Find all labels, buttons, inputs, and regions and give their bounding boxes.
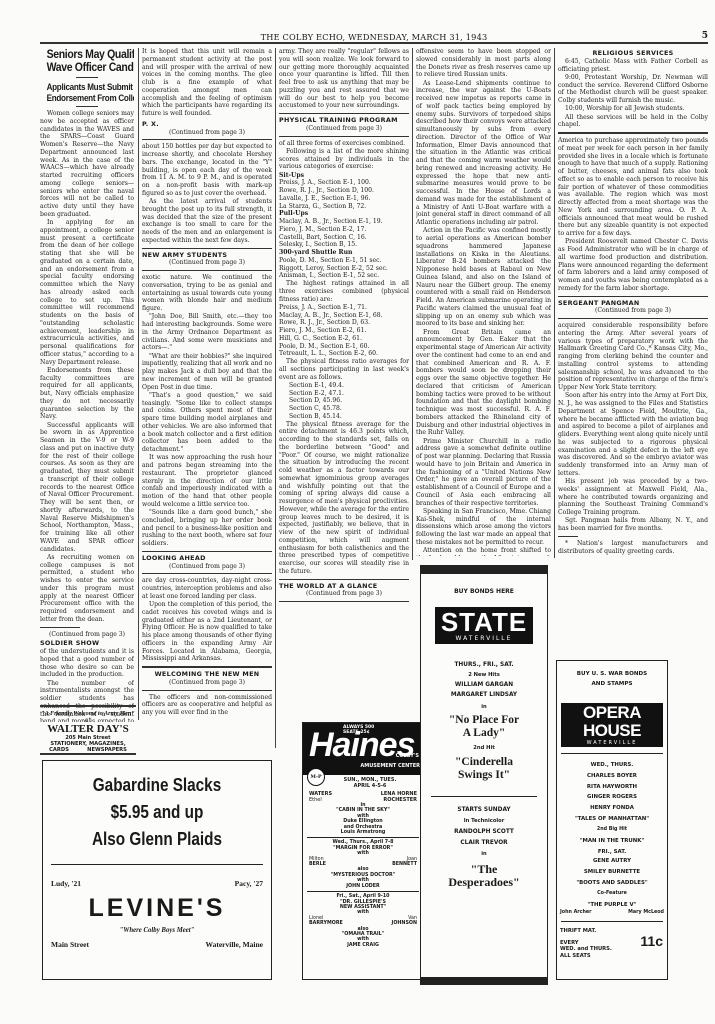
ad-slogan: "Where Colby Boys Meet" — [43, 927, 271, 934]
article-paragraph: As the latest arrival of students brough… — [142, 198, 272, 245]
ad-text: in — [421, 849, 547, 860]
continued-label: (Continued from page 3) — [40, 631, 134, 639]
ad-headline: Gabardine Slacks — [60, 775, 254, 796]
service-item: 6:45, Catholic Mass with Father Corbell … — [558, 58, 708, 74]
column-1: Seniors May Qualify As Wave Officer Cand… — [40, 48, 134, 722]
film-title: Desperadoes" — [421, 876, 547, 889]
article-paragraph: "That's a good question," we said teasin… — [142, 392, 272, 454]
article-paragraph: America to purchase approximately two po… — [558, 137, 708, 238]
theatre-marquee: STATE WATERVILLE — [435, 607, 533, 644]
film-title: Swings It" — [421, 769, 547, 782]
ad-store-name: LEVINE'S — [43, 894, 271, 923]
continued-label: (Continued from page 3) — [142, 563, 272, 571]
category-label: Pull-Ups — [279, 210, 409, 218]
score-line: Hill, G. C., Section E-2, 61. — [279, 335, 409, 343]
article-paragraph: The physical fitness ratio averages for … — [279, 358, 409, 381]
score-line: Selesky, I., Section B, 15. — [279, 241, 409, 249]
ad-line: CARDS — [49, 747, 69, 753]
ad-text: AND STAMPS — [557, 679, 667, 689]
ad-proprietor: Ludy, '21 — [51, 879, 81, 888]
star-name: CLAIR TREVOR — [421, 838, 547, 849]
column-3: army. They are really "regular" fellows … — [279, 48, 409, 603]
ad-tagline: "A Friendly Welcome to Army Men" — [40, 710, 136, 717]
theatre-name: STATE — [435, 609, 533, 635]
film-title: "Cinderella — [421, 756, 547, 769]
article-paragraph: "John Doe, Bill Smith, etc.—they too had… — [142, 313, 272, 352]
article-paragraph: exotic nature. We continued the conversa… — [142, 274, 272, 313]
star-name: RITA HAYWORTH — [557, 782, 667, 793]
section-kicker: WELCOMING THE NEW MEN — [142, 671, 272, 679]
article-paragraph: of all three forms of exercises combined… — [279, 140, 409, 148]
cast-name: JOHN LODER — [303, 884, 423, 889]
continued-label: (Continued from page 3) — [142, 259, 272, 267]
article-paragraph: Soon after his entry into the Army at Fo… — [558, 392, 708, 477]
section-kicker: LOOKING AHEAD — [142, 555, 272, 563]
continued-label: (Continued from page 3) — [558, 307, 708, 315]
article-paragraph: acquired considerable responsibility bef… — [558, 322, 708, 392]
film-title: "TALES OF MANHATTAN" — [557, 814, 667, 825]
film-title: "MAN IN THE TRUNK" — [557, 836, 667, 847]
article-paragraph: It is hoped that this unit will remain a… — [142, 48, 272, 118]
section-average: Section E-2, 47.1. — [279, 390, 409, 398]
star-name: ROCHESTER — [381, 798, 417, 804]
mp-logo-icon: M-P — [307, 768, 325, 786]
ad-text: 2 New Hits — [421, 670, 547, 680]
column-rule — [275, 48, 276, 748]
article-paragraph: "What are their hobbies?" she inquired i… — [142, 353, 272, 392]
showing-dates: THURS., FRI., SAT. — [421, 660, 547, 670]
score-line: Maclay, A. B., Jr., Section E-1, 68. — [279, 312, 409, 320]
article-paragraph: Women college seniors may now be accepte… — [40, 110, 134, 219]
section-average: Section E-1, 49.4. — [279, 382, 409, 390]
ad-address: Main Street — [51, 940, 89, 949]
newspaper-page: THE COLBY ECHO, WEDNESDAY, MARCH 31, 194… — [0, 0, 715, 1024]
star-name: GINGER ROGERS — [557, 792, 667, 803]
score-line: Tetreault, L. L., Section E-2, 60. — [279, 350, 409, 358]
article-paragraph: are day cross-countries, day-night cross… — [142, 577, 272, 600]
category-label: 300-yard Shuttle Run — [279, 249, 409, 257]
cast-name: JOHNSON — [392, 921, 417, 926]
article-paragraph: Sgt. Pangman hails from Albany, N. Y., a… — [558, 517, 708, 533]
article-paragraph: Endorsements from these faculty committe… — [40, 367, 134, 421]
article-paragraph: Following is a list of the more shining … — [279, 148, 409, 171]
score-line: Poole, D. M., Section E-1, 60. — [279, 343, 409, 351]
film-title: "THE PURPLE V" — [557, 900, 667, 911]
article-paragraph: The physical fitness average for the ent… — [279, 421, 409, 576]
column-rule — [412, 48, 413, 560]
section-kicker: RELIGIOUS SERVICES — [558, 50, 708, 58]
continued-label: (Continued from page 3) — [279, 125, 409, 133]
article-paragraph: Successful applicants will be sworn in a… — [40, 422, 134, 554]
article-paragraph: President Roosevelt named Chester C. Dav… — [558, 238, 708, 292]
star-name: WILLIAM GARGAN — [421, 680, 547, 690]
ad-text: BUY U. S. WAR BONDS — [557, 669, 667, 679]
levines-ad: Gabardine Slacks $5.95 and up Also Glenn… — [42, 760, 272, 980]
score-line: Preiss, J. A., Section E-1, 100. — [279, 179, 409, 187]
star-name: MARGARET LINDSAY — [421, 690, 547, 700]
continued-label: (Continued from page 3) — [142, 129, 272, 137]
column-5: RELIGIOUS SERVICES 6:45, Catholic Mass w… — [558, 48, 708, 608]
ticket-price: 11c — [640, 938, 663, 945]
score-line: Lavalle, J. E., Section E-1, 96. — [279, 195, 409, 203]
score-line: La Starza, G., Section B, 72. — [279, 203, 409, 211]
article-paragraph: As Lease-Lend shipments continue to incr… — [416, 80, 551, 227]
theatre-name: OPERA HOUSE — [561, 704, 663, 740]
ad-proprietor: Pacy, '27 — [235, 879, 263, 888]
score-line: Riggott, Leroy, Section E-2, 52 sec. — [279, 265, 409, 273]
score-line: Anisman, I., Section E-1, 52 sec. — [279, 272, 409, 280]
service-item: 9:00, Protestant Worship, Dr. Newman wil… — [558, 74, 708, 105]
section-kicker: P. X. — [142, 121, 272, 129]
score-line: Preiss, J. A., Section E-1, 71. — [279, 304, 409, 312]
section-average: Section C, 45.78. — [279, 405, 409, 413]
score-line: Rowe, R. J., Jr., Section D, 63. — [279, 319, 409, 327]
haines-banner: ALWAYS 500 SEATS 25¢ Haines COLBY'S AMUS… — [303, 723, 423, 775]
score-line: Castelli, Bart, Section C, 16. — [279, 234, 409, 242]
state-theatre-ad: BUY BONDS HERE STATE WATERVILLE THURS., … — [420, 565, 548, 985]
walter-days-ad: "A Friendly Welcome to Army Men" at WALT… — [40, 705, 136, 755]
article-paragraph: Prime Minister Churchill in a radio addr… — [416, 438, 551, 508]
article-paragraph: about 150 bottles per day but expected t… — [142, 143, 272, 197]
ad-price: $5.95 and up — [60, 802, 254, 823]
continued-label: (Continued from page 3) — [279, 590, 409, 598]
star-name: HENRY FONDA — [557, 803, 667, 814]
section-average: Section B, 45.14. — [279, 413, 409, 421]
article-paragraph: As recruiting women on college campuses … — [40, 554, 134, 624]
cast-name: Louis Armstrong — [303, 830, 423, 835]
opera-house-ad: BUY U. S. WAR BONDS AND STAMPS OPERA HOU… — [556, 660, 668, 980]
film-title: A Lady" — [421, 727, 547, 740]
service-item: 10:00, Worship for all Jewish students. — [558, 105, 708, 113]
subhead-line-1: Applicants Must Submit — [47, 81, 128, 92]
article-paragraph: It was now approaching the rush hour and… — [142, 454, 272, 508]
section-kicker: SOLDIER SHOW — [40, 640, 134, 648]
column-rule — [554, 48, 555, 558]
ad-address: Waterville, Maine — [206, 940, 263, 949]
masthead-title: THE COLBY ECHO, WEDNESDAY, MARCH 31, 194… — [40, 32, 708, 42]
column-rule — [138, 48, 139, 720]
showing-dates: FRI., SAT. — [557, 849, 667, 856]
section-kicker: NEW ARMY STUDENTS — [142, 252, 272, 260]
column-4: offensive seem to have been stopped or s… — [416, 48, 551, 556]
article-paragraph: The highest ratings attained in all thre… — [279, 280, 409, 303]
subhead-line-2: Endorsement From College — [47, 92, 128, 103]
showing-dates: STARTS SUNDAY — [421, 805, 547, 816]
article-paragraph: Speaking in San Francisco, Mme. Chiang K… — [416, 508, 551, 547]
ad-text: ALL SEATS — [560, 953, 664, 960]
footnote: * Nation's largest manufacturers and dis… — [558, 540, 708, 556]
star-name: SMILEY BURNETTE — [557, 867, 667, 878]
film-title: "No Place For — [421, 714, 547, 727]
article-paragraph: His present job was preceded by a two-we… — [558, 478, 708, 517]
article-paragraph: From Great Britain came an announcement … — [416, 329, 551, 438]
ad-text: In Technicolor — [421, 816, 547, 827]
ad-text: in — [421, 702, 547, 712]
article-paragraph: Action in the Pacific was confined mostl… — [416, 227, 551, 328]
article-paragraph: army. They are really "regular" fellows … — [279, 48, 409, 110]
page-number: 5 — [702, 31, 708, 41]
score-line: Poole, D. M., Section E-1, 51 sec. — [279, 257, 409, 265]
cast-name: BERLE — [309, 862, 326, 867]
column-2: It is hoped that this unit will remain a… — [142, 48, 272, 750]
cast-name: BENNETT — [392, 862, 417, 867]
section-kicker: SERGEANT PANGMAN — [558, 300, 708, 308]
ad-headline: Also Glenn Plaids — [60, 829, 254, 850]
ad-border-pattern — [421, 566, 547, 574]
section-kicker: PHYSICAL TRAINING PROGRAM — [279, 117, 409, 125]
star-name: GENE AUTRY — [557, 856, 667, 867]
category-label: Sit-Ups — [279, 172, 409, 180]
section-average: Section D, 45.96. — [279, 397, 409, 405]
ad-text: BUY BONDS HERE — [421, 588, 547, 595]
score-line: Rowe, R. J., Jr., Section D, 100. — [279, 187, 409, 195]
cast-name: John Archer — [560, 910, 592, 915]
ad-store-name: WALTER DAY'S — [40, 724, 136, 735]
article-paragraph: Upon the completion of this period, the … — [142, 601, 272, 663]
film-title: "BOOTS AND SADDLES" — [557, 878, 667, 889]
haines-theatre-ad: ALWAYS 500 SEATS 25¢ Haines COLBY'S AMUS… — [302, 722, 424, 980]
article-paragraph: Attention on the home front shifted to t… — [416, 547, 551, 556]
service-item: All these services will be held in the C… — [558, 114, 708, 130]
theatre-marquee: OPERA HOUSE WATERVILLE — [561, 703, 663, 747]
star-name: RANDOLPH SCOTT — [421, 827, 547, 838]
ad-text: 2nd Hit — [421, 745, 547, 751]
star-name: Ethel — [309, 798, 332, 804]
article-paragraph: In applying for an appointment, a colleg… — [40, 219, 134, 366]
score-line: Maclay, A. B., Jr., Section E-1, 19. — [279, 218, 409, 226]
continued-label: (Continued from page 3) — [142, 679, 272, 687]
article-paragraph: The officers and non-commissioned office… — [142, 694, 272, 717]
cast-name: JAME CRAIG — [303, 943, 423, 948]
ad-line: NEWSPAPERS — [87, 747, 127, 753]
cast-name: BARRYMORE — [309, 921, 343, 926]
score-line: Fiero, J. M., Section E-2, 17. — [279, 226, 409, 234]
ad-text: 2nd Big Hit — [557, 825, 667, 836]
score-line: Fiero, J. M., Section E-2, 61. — [279, 327, 409, 335]
article-paragraph: of the understudents and it is hoped tha… — [40, 648, 134, 679]
showing-dates: WED., THURS. — [557, 760, 667, 771]
cast-name: Mary McLeod — [628, 910, 664, 915]
star-name: CHARLES BOYER — [557, 771, 667, 782]
ad-text: Co-Feature — [557, 889, 667, 900]
ad-border-pattern — [421, 977, 547, 984]
section-kicker: THE WORLD AT A GLANCE — [279, 583, 409, 591]
article-paragraph: offensive seem to have been stopped or s… — [416, 48, 551, 79]
headline-line-2: Wave Officer Candidates — [47, 61, 128, 74]
masthead: THE COLBY ECHO, WEDNESDAY, MARCH 31, 194… — [40, 31, 708, 44]
article-paragraph: "Sounds like a darn good bunch," she con… — [142, 509, 272, 548]
